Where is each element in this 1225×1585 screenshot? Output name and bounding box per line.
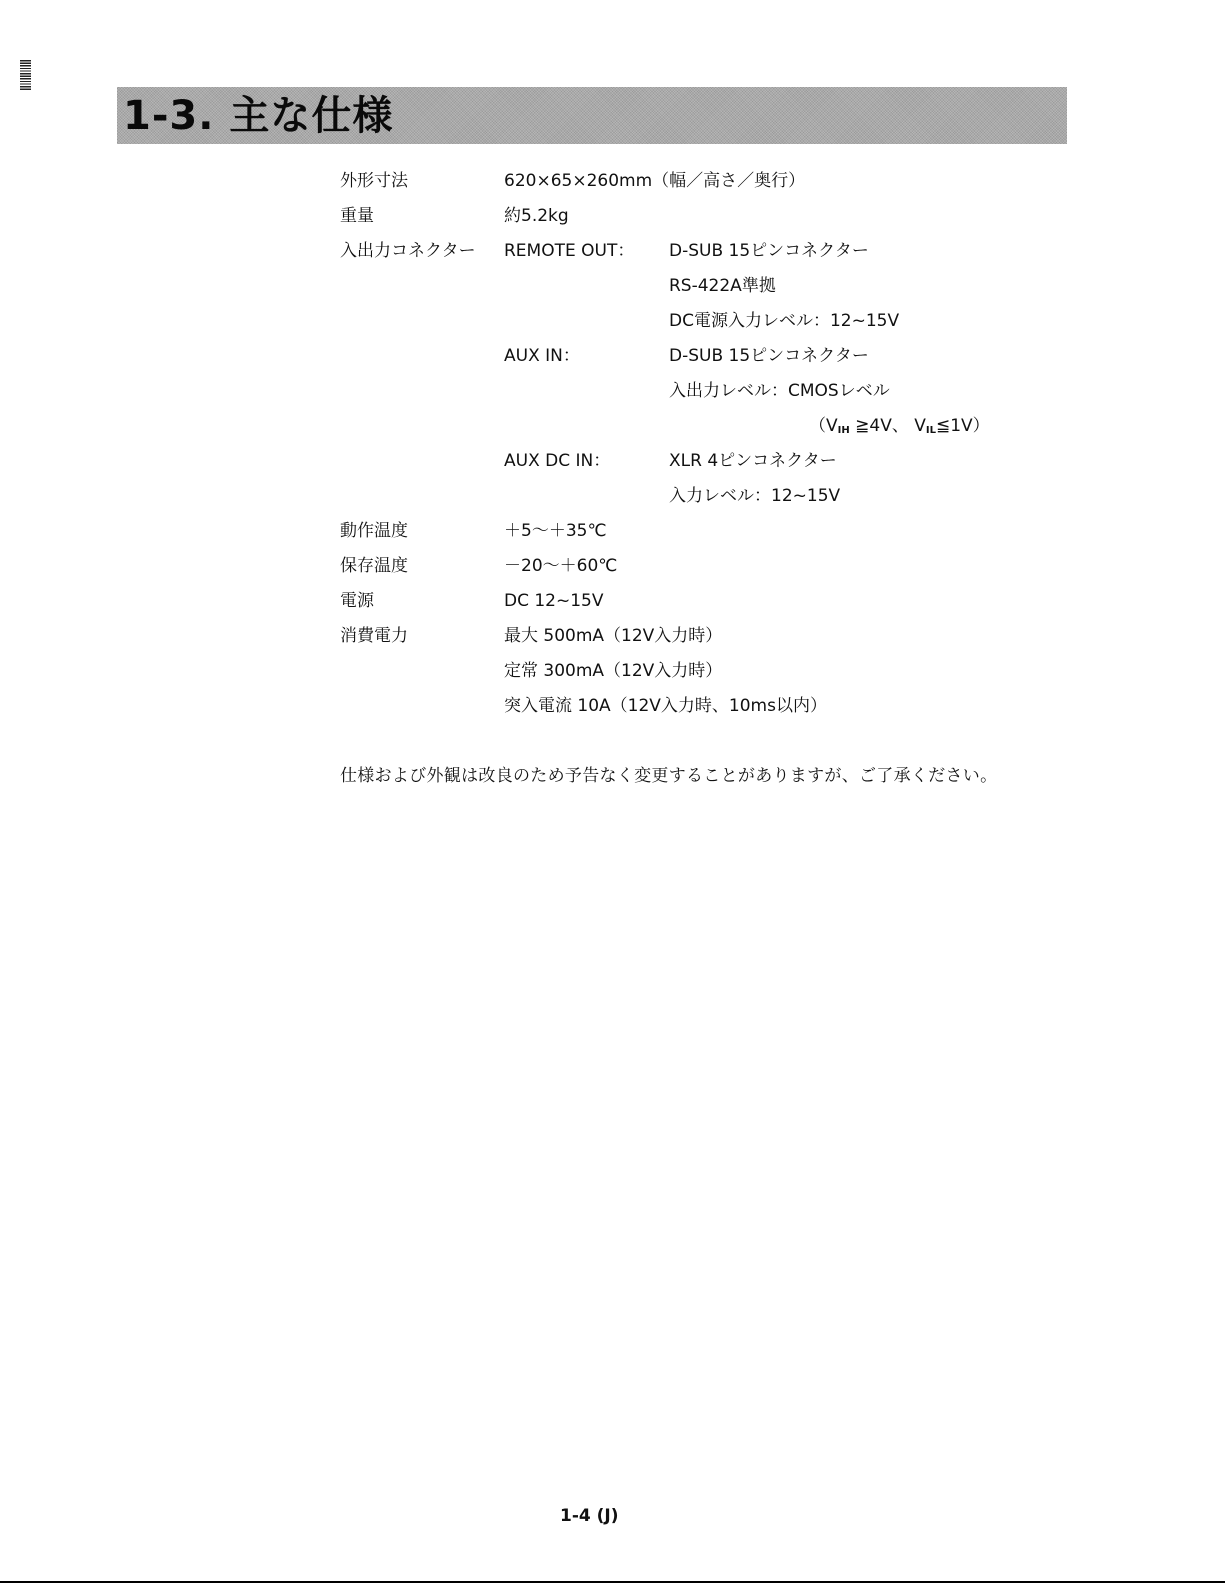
threshold-open: （V [809,416,838,436]
spec-value: 突入電流 10A（12V入力時、10ms以内） [504,692,827,720]
spec-label: 入出力コネクター [340,237,476,265]
spec-value: ＋5～＋35℃ [504,517,607,545]
spec-value: 最大 500mA（12V入力時） [504,622,722,650]
page-number: 1-4 (J) [560,1502,619,1530]
spec-row-connectors: 入出力コネクター REMOTE OUT： D-SUB 15ピンコネクター [340,237,1060,272]
section-header-band: 1-3. 主な仕様 [117,87,1067,144]
spec-row-continuation: 入力レベル：12~15V [340,482,1060,517]
change-notice: 仕様および外観は改良のため予告なく変更することがありますが、ご了承ください。 [340,762,997,790]
connector-value: DC電源入力レベル：12~15V [669,307,899,335]
connector-value: RS-422A準拠 [669,272,776,300]
spec-row-dimensions: 外形寸法 620×65×260mm（幅／高さ／奥行） [340,167,1060,202]
spec-row-continuation: （VIH ≧4V、 VIL≦1V） [340,412,1060,447]
spec-row-continuation: 突入電流 10A（12V入力時、10ms以内） [340,692,1060,727]
spec-row-continuation: RS-422A準拠 [340,272,1060,307]
spec-value: 定常 300mA（12V入力時） [504,657,722,685]
connector-label-aux-in: AUX IN： [504,342,580,370]
vil-subscript: IL [926,425,936,436]
spec-label: 保存温度 [340,552,408,580]
section-title: 1-3. 主な仕様 [123,90,393,142]
spec-value: 約5.2kg [504,202,569,230]
spec-row-weight: 重量 約5.2kg [340,202,1060,237]
connector-value: D-SUB 15ピンコネクター [669,237,869,265]
connector-value: 入力レベル：12~15V [669,482,840,510]
connector-value: XLR 4ピンコネクター [669,447,837,475]
bottom-border [0,1581,1225,1583]
scan-edge-marks [20,60,31,90]
spec-value: 620×65×260mm（幅／高さ／奥行） [504,167,805,195]
spec-label: 重量 [340,202,374,230]
logic-threshold: （VIH ≧4V、 VIL≦1V） [809,412,990,445]
spec-value: －20～＋60℃ [504,552,617,580]
connector-label-remote-out: REMOTE OUT： [504,237,634,265]
spec-value: DC 12~15V [504,587,604,615]
spec-label: 消費電力 [340,622,408,650]
spec-row-continuation: DC電源入力レベル：12~15V [340,307,1060,342]
spec-row-continuation: 入出力レベル：CMOSレベル [340,377,1060,412]
spec-row-power-supply: 電源 DC 12~15V [340,587,1060,622]
spec-row-continuation: 定常 300mA（12V入力時） [340,657,1060,692]
spec-row-aux-in: AUX IN： D-SUB 15ピンコネクター [340,342,1060,377]
spec-row-power-consumption: 消費電力 最大 500mA（12V入力時） [340,622,1060,657]
connector-value: D-SUB 15ピンコネクター [669,342,869,370]
threshold-vih: ≧4V、 V [850,416,926,436]
vih-subscript: IH [838,425,850,436]
threshold-vil: ≦1V） [936,416,990,436]
spec-row-operating-temp: 動作温度 ＋5～＋35℃ [340,517,1060,552]
connector-value: 入出力レベル：CMOSレベル [669,377,890,405]
spec-label: 電源 [340,587,374,615]
spec-label: 外形寸法 [340,167,408,195]
spec-label: 動作温度 [340,517,408,545]
spec-row-storage-temp: 保存温度 －20～＋60℃ [340,552,1060,587]
spec-table: 外形寸法 620×65×260mm（幅／高さ／奥行） 重量 約5.2kg 入出力… [340,167,1060,727]
connector-label-aux-dc-in: AUX DC IN： [504,447,610,475]
spec-row-aux-dc-in: AUX DC IN： XLR 4ピンコネクター [340,447,1060,482]
